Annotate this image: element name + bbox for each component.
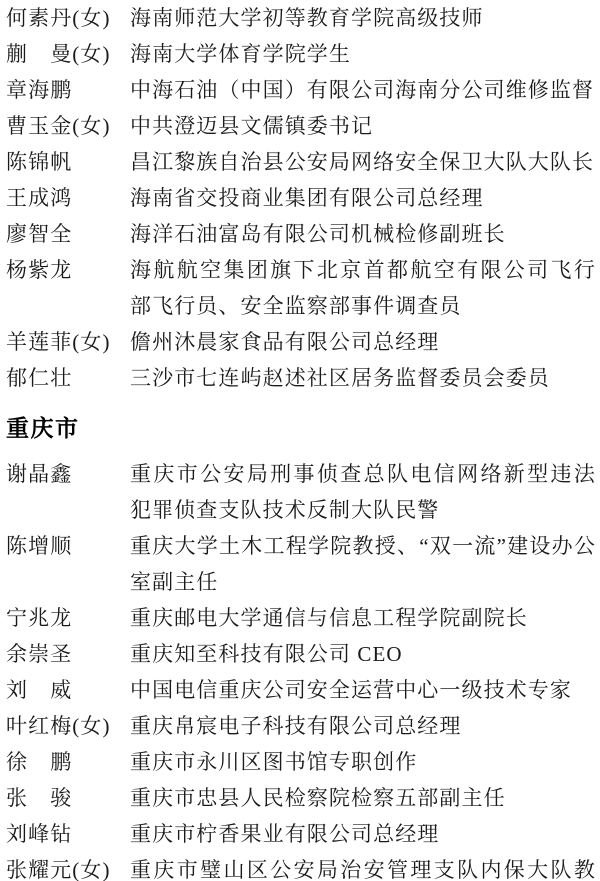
person-title-line: 中国电信重庆公司安全运营中心一级技术专家	[130, 672, 596, 708]
person-title: 重庆知至科技有限公司 CEO	[130, 636, 596, 672]
entry-row: 张耀元(女)重庆市璧山区公安局治安管理支队内保大队教	[6, 852, 596, 881]
person-title-line: 中共澄迈县文儒镇委书记	[130, 108, 596, 144]
person-title: 昌江黎族自治县公安局网络安全保卫大队大队长	[130, 144, 596, 180]
entry-row: 叶红梅(女)重庆帛宸电子科技有限公司总经理	[6, 708, 596, 744]
person-name: 徐 鹏	[6, 744, 130, 780]
person-name: 章海鹏	[6, 72, 130, 108]
entry-row: 羊莲菲(女)儋州沐晨家食品有限公司总经理	[6, 324, 596, 360]
person-name: 曹玉金(女)	[6, 108, 130, 144]
person-name: 蒯 曼(女)	[6, 36, 130, 72]
person-title: 中海石油（中国）有限公司海南分公司维修监督	[130, 72, 596, 108]
person-title-line: 重庆市忠县人民检察院检察五部副主任	[130, 780, 596, 816]
person-title: 海南大学体育学院学生	[130, 36, 596, 72]
person-title-line: 重庆市永川区图书馆专职创作	[130, 744, 596, 780]
person-name: 叶红梅(女)	[6, 708, 130, 744]
person-title: 海航航空集团旗下北京首都航空有限公司飞行部飞行员、安全监察部事件调查员	[130, 252, 596, 324]
person-title-line: 重庆知至科技有限公司 CEO	[130, 636, 596, 672]
person-name: 张 骏	[6, 780, 130, 816]
person-title-line: 室副主任	[130, 564, 596, 600]
person-name: 廖智全	[6, 216, 130, 252]
province-section-header: 重庆市	[6, 410, 596, 446]
person-name: 郁仁壮	[6, 360, 130, 396]
person-name: 羊莲菲(女)	[6, 324, 130, 360]
person-title: 重庆市公安局刑事侦查总队电信网络新型违法犯罪侦查支队技术反制大队民警	[130, 456, 596, 528]
person-name: 刘峰钻	[6, 816, 130, 852]
entry-row: 刘峰钻重庆市柠香果业有限公司总经理	[6, 816, 596, 852]
person-title-line: 海南大学体育学院学生	[130, 36, 596, 72]
person-title: 中国电信重庆公司安全运营中心一级技术专家	[130, 672, 596, 708]
person-title: 重庆市柠香果业有限公司总经理	[130, 816, 596, 852]
person-title-line: 重庆邮电大学通信与信息工程学院副院长	[130, 600, 596, 636]
person-title-line: 重庆市公安局刑事侦查总队电信网络新型违法	[130, 456, 596, 492]
entry-row: 徐 鹏重庆市永川区图书馆专职创作	[6, 744, 596, 780]
entry-row: 余崇圣重庆知至科技有限公司 CEO	[6, 636, 596, 672]
entry-row: 谢晶鑫重庆市公安局刑事侦查总队电信网络新型违法犯罪侦查支队技术反制大队民警	[6, 456, 596, 528]
entry-row: 宁兆龙重庆邮电大学通信与信息工程学院副院长	[6, 600, 596, 636]
person-title: 重庆大学土木工程学院教授、“双一流”建设办公室副主任	[130, 528, 596, 600]
person-title: 海南师范大学初等教育学院高级技师	[130, 0, 596, 36]
document-page: 何素丹(女)海南师范大学初等教育学院高级技师蒯 曼(女)海南大学体育学院学生章海…	[0, 0, 600, 881]
person-title: 三沙市七连屿赵述社区居务监督委员会委员	[130, 360, 596, 396]
person-title-line: 重庆帛宸电子科技有限公司总经理	[130, 708, 596, 744]
person-title-line: 昌江黎族自治县公安局网络安全保卫大队大队长	[130, 144, 596, 180]
person-title: 重庆帛宸电子科技有限公司总经理	[130, 708, 596, 744]
person-name: 谢晶鑫	[6, 456, 130, 492]
entry-row: 章海鹏中海石油（中国）有限公司海南分公司维修监督	[6, 72, 596, 108]
person-name: 何素丹(女)	[6, 0, 130, 36]
person-title: 中共澄迈县文儒镇委书记	[130, 108, 596, 144]
person-name: 杨紫龙	[6, 252, 130, 288]
person-title: 海洋石油富岛有限公司机械检修副班长	[130, 216, 596, 252]
person-title-line: 海南省交投商业集团有限公司总经理	[130, 180, 596, 216]
person-title: 重庆市忠县人民检察院检察五部副主任	[130, 780, 596, 816]
entry-row: 曹玉金(女)中共澄迈县文儒镇委书记	[6, 108, 596, 144]
person-title-line: 重庆市柠香果业有限公司总经理	[130, 816, 596, 852]
person-title: 重庆市璧山区公安局治安管理支队内保大队教	[130, 852, 596, 881]
person-title-line: 三沙市七连屿赵述社区居务监督委员会委员	[130, 360, 596, 396]
person-title-line: 中海石油（中国）有限公司海南分公司维修监督	[130, 72, 596, 108]
person-title-line: 重庆大学土木工程学院教授、“双一流”建设办公	[130, 528, 596, 564]
entry-row: 陈增顺重庆大学土木工程学院教授、“双一流”建设办公室副主任	[6, 528, 596, 600]
entry-row: 何素丹(女)海南师范大学初等教育学院高级技师	[6, 0, 596, 36]
person-title-line: 部飞行员、安全监察部事件调查员	[130, 288, 596, 324]
person-name: 张耀元(女)	[6, 852, 130, 881]
award-list: 何素丹(女)海南师范大学初等教育学院高级技师蒯 曼(女)海南大学体育学院学生章海…	[6, 0, 596, 881]
person-name: 陈增顺	[6, 528, 130, 564]
entry-row: 王成鸿海南省交投商业集团有限公司总经理	[6, 180, 596, 216]
person-title-line: 重庆市璧山区公安局治安管理支队内保大队教	[130, 852, 596, 881]
person-name: 刘 威	[6, 672, 130, 708]
person-name: 陈锦帆	[6, 144, 130, 180]
person-name: 余崇圣	[6, 636, 130, 672]
person-title-line: 海洋石油富岛有限公司机械检修副班长	[130, 216, 596, 252]
entry-row: 蒯 曼(女)海南大学体育学院学生	[6, 36, 596, 72]
person-title: 重庆邮电大学通信与信息工程学院副院长	[130, 600, 596, 636]
entry-row: 刘 威中国电信重庆公司安全运营中心一级技术专家	[6, 672, 596, 708]
person-title: 儋州沐晨家食品有限公司总经理	[130, 324, 596, 360]
person-title-line: 犯罪侦查支队技术反制大队民警	[130, 492, 596, 528]
entry-row: 杨紫龙海航航空集团旗下北京首都航空有限公司飞行部飞行员、安全监察部事件调查员	[6, 252, 596, 324]
person-name: 王成鸿	[6, 180, 130, 216]
entry-row: 廖智全海洋石油富岛有限公司机械检修副班长	[6, 216, 596, 252]
person-title-line: 海航航空集团旗下北京首都航空有限公司飞行	[130, 252, 596, 288]
entry-row: 张 骏重庆市忠县人民检察院检察五部副主任	[6, 780, 596, 816]
person-title: 重庆市永川区图书馆专职创作	[130, 744, 596, 780]
entry-row: 郁仁壮三沙市七连屿赵述社区居务监督委员会委员	[6, 360, 596, 396]
entry-row: 陈锦帆昌江黎族自治县公安局网络安全保卫大队大队长	[6, 144, 596, 180]
person-title-line: 海南师范大学初等教育学院高级技师	[130, 0, 596, 36]
person-title: 海南省交投商业集团有限公司总经理	[130, 180, 596, 216]
person-title-line: 儋州沐晨家食品有限公司总经理	[130, 324, 596, 360]
person-name: 宁兆龙	[6, 600, 130, 636]
